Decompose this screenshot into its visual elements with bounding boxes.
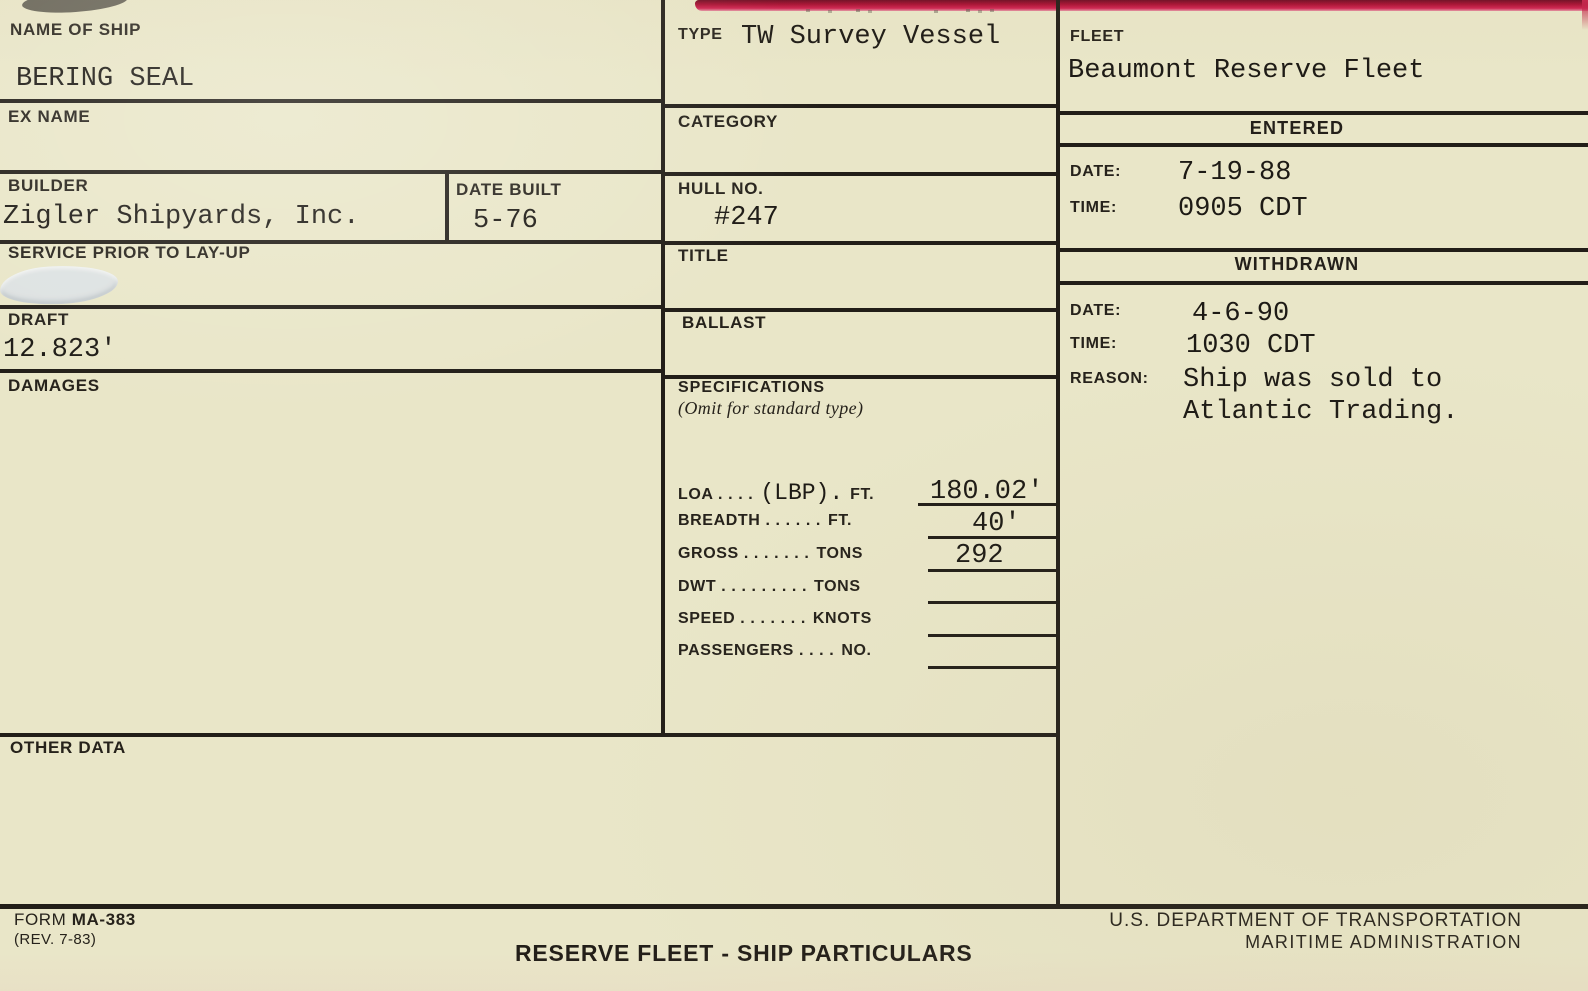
- agency-administration: MARITIME ADMINISTRATION: [1245, 932, 1522, 953]
- spec-speed-unit: KNOTS: [813, 610, 872, 628]
- spec-breadth-label: BREADTH . . . . . .: [678, 512, 821, 530]
- line-name-bottom: [0, 99, 665, 103]
- name-of-ship-value: BERING SEAL: [16, 64, 194, 94]
- line-otherdata-top: [0, 733, 1060, 737]
- spec-passengers-unit: NO.: [841, 642, 871, 660]
- spec-loa-label: LOA . . . .: [678, 486, 753, 504]
- spec-loa-unit: FT.: [850, 486, 874, 504]
- spec-dwt-label: DWT . . . . . . . . .: [678, 578, 807, 596]
- type-value: TW Survey Vessel: [741, 22, 1000, 52]
- line-footer: [0, 904, 1588, 909]
- line-category-bottom: [661, 172, 1056, 176]
- draft-value: 12.823': [3, 335, 116, 365]
- specifications-note: (Omit for standard type): [678, 398, 863, 419]
- line-hull-bottom: [661, 241, 1056, 245]
- ex-name-label: EX NAME: [8, 107, 90, 127]
- hull-no-value: #247: [714, 203, 779, 233]
- title-label: TITLE: [678, 246, 729, 266]
- entered-header: ENTERED: [1056, 118, 1538, 139]
- draft-label: DRAFT: [8, 310, 69, 330]
- spec-gross-value: 292: [955, 541, 1004, 571]
- withdrawn-date-value: 4-6-90: [1192, 299, 1289, 329]
- withdrawn-reason-label: REASON:: [1070, 370, 1149, 388]
- fleet-value: Beaumont Reserve Fleet: [1068, 56, 1424, 86]
- form-prefix: FORM: [14, 910, 66, 929]
- spec-row-dwt: DWT . . . . . . . . . TONS: [678, 578, 1058, 596]
- name-of-ship-label: NAME OF SHIP: [10, 20, 141, 40]
- entered-date-value: 7-19-88: [1178, 158, 1291, 188]
- spec-loa-value: 180.02': [930, 477, 1043, 507]
- form-number: FORM MA-383: [14, 910, 136, 930]
- spec-breadth-value: 40': [972, 509, 1021, 539]
- scan-smudge: [21, 0, 128, 16]
- entered-time-label: TIME:: [1070, 199, 1117, 217]
- form-title: RESERVE FLEET - SHIP PARTICULARS: [515, 940, 973, 967]
- spec-gross-label: GROSS . . . . . . .: [678, 545, 809, 563]
- underline-dwt: [928, 601, 1056, 604]
- spec-breadth-unit: FT.: [828, 512, 852, 530]
- form-revision: (REV. 7-83): [14, 931, 96, 948]
- red-edge-sliver: [1582, 0, 1588, 30]
- category-label: CATEGORY: [678, 112, 778, 132]
- date-built-value: 5-76: [473, 206, 538, 236]
- spec-row-passengers: PASSENGERS . . . . NO.: [678, 642, 1058, 660]
- ship-particulars-card: NAME OF SHIP BERING SEAL EX NAME BUILDER…: [0, 0, 1588, 991]
- whiteout-mark: [0, 263, 119, 307]
- pencil-marks: [806, 9, 810, 12]
- withdrawn-reason-line1: Ship was sold to: [1183, 365, 1442, 395]
- withdrawn-reason-line2: Atlantic Trading.: [1183, 397, 1458, 427]
- divider-builder-datebuilt: [445, 172, 449, 242]
- date-built-label: DATE BUILT: [456, 180, 562, 200]
- line-service-bottom: [0, 305, 665, 309]
- spec-row-speed: SPEED . . . . . . . KNOTS: [678, 610, 1058, 628]
- underline-passengers: [928, 666, 1056, 669]
- withdrawn-time-value: 1030 CDT: [1186, 331, 1316, 361]
- specifications-label: SPECIFICATIONS: [678, 379, 825, 397]
- line-withdrawn-header-bottom: [1056, 281, 1588, 285]
- line-title-bottom: [661, 308, 1056, 312]
- entered-time-value: 0905 CDT: [1178, 194, 1308, 224]
- line-fleet-bottom: [1056, 111, 1588, 115]
- line-draft-bottom: [0, 369, 665, 373]
- line-entered-section-bottom: [1056, 248, 1588, 252]
- other-data-label: OTHER DATA: [10, 738, 126, 758]
- line-exname-bottom: [0, 170, 665, 174]
- line-entered-header-bottom: [1056, 143, 1588, 147]
- spec-dwt-unit: TONS: [814, 578, 861, 596]
- fleet-label: FLEET: [1070, 28, 1124, 46]
- form-number-value: MA-383: [72, 910, 136, 929]
- agency-department: U.S. DEPARTMENT OF TRANSPORTATION: [1109, 910, 1522, 932]
- builder-value: Zigler Shipyards, Inc.: [3, 202, 359, 232]
- underline-speed: [928, 634, 1056, 637]
- spec-gross-unit: TONS: [816, 545, 863, 563]
- type-label: TYPE: [678, 26, 723, 44]
- hull-no-label: HULL NO.: [678, 179, 764, 199]
- ballast-label: BALLAST: [682, 313, 766, 333]
- line-type-bottom: [661, 104, 1056, 108]
- damages-label: DAMAGES: [8, 376, 100, 396]
- withdrawn-time-label: TIME:: [1070, 335, 1117, 353]
- service-prior-label: SERVICE PRIOR TO LAY-UP: [8, 243, 251, 263]
- red-binding-strip: [695, 0, 1588, 11]
- withdrawn-header: WITHDRAWN: [1056, 254, 1538, 275]
- spec-loa-typed-insert: (LBP).: [760, 480, 843, 506]
- withdrawn-date-label: DATE:: [1070, 302, 1121, 320]
- builder-label: BUILDER: [8, 176, 88, 196]
- entered-date-label: DATE:: [1070, 163, 1121, 181]
- spec-speed-label: SPEED . . . . . . .: [678, 610, 806, 628]
- spec-passengers-label: PASSENGERS . . . .: [678, 642, 834, 660]
